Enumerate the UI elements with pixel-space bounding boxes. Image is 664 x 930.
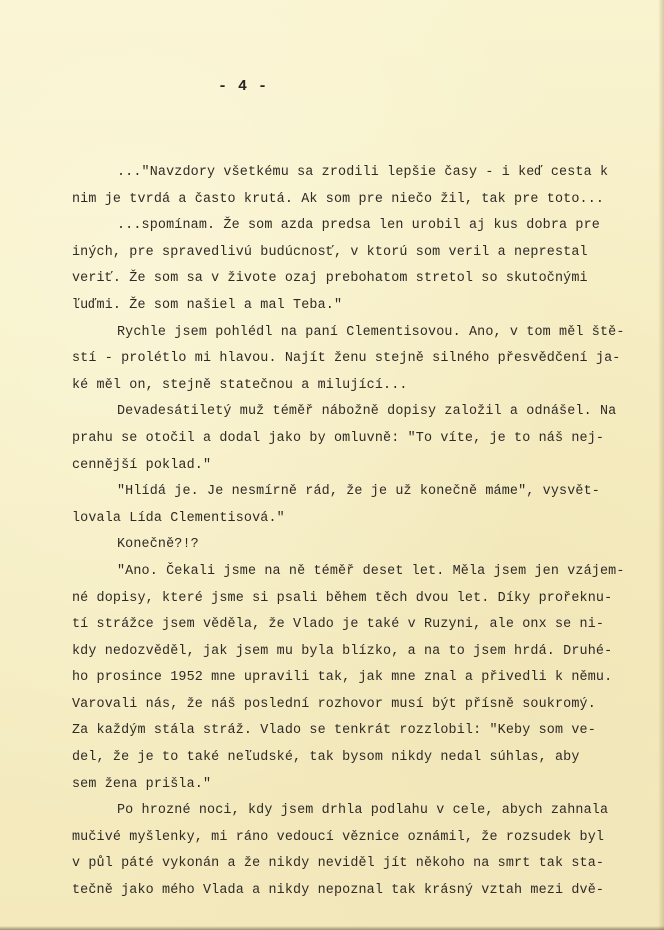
text-line: stí - prolétlo mi hlavou. Najít ženu ste… bbox=[72, 346, 642, 373]
body-text: ..."Navzdory všetkému sa zrodili lepšie … bbox=[72, 160, 642, 905]
text-line: ...spomínam. Že som azda predsa len urob… bbox=[72, 213, 642, 240]
text-line: sem žena prišla." bbox=[72, 772, 642, 799]
page-number: - 4 - bbox=[218, 78, 268, 95]
text-line: ké měl on, stejně statečnou a milující..… bbox=[72, 373, 642, 400]
text-line: del, že je to také neľudské, tak bysom n… bbox=[72, 745, 642, 772]
text-line: Po hrozné noci, kdy jsem drhla podlahu v… bbox=[72, 798, 642, 825]
text-line: kdy nedozvěděl, jak jsem mu byla blízko,… bbox=[72, 639, 642, 666]
text-line: Konečně?!? bbox=[72, 532, 642, 559]
text-line: Varovali nás, že náš poslední rozhovor m… bbox=[72, 692, 642, 719]
text-line: Rychle jsem pohlédl na paní Clementisovo… bbox=[72, 320, 642, 347]
text-line: lovala Lída Clementisová." bbox=[72, 506, 642, 533]
text-line: prahu se otočil a dodal jako by omluvně:… bbox=[72, 426, 642, 453]
text-line: mučivé myšlenky, mi ráno vedoucí věznice… bbox=[72, 825, 642, 852]
text-line: Za každým stála stráž. Vlado se tenkrát … bbox=[72, 718, 642, 745]
text-line: nim je tvrdá a často krutá. Ak som pre n… bbox=[72, 187, 642, 214]
text-line: tí strážce jsem věděla, že Vlado je také… bbox=[72, 612, 642, 639]
text-line: ..."Navzdory všetkému sa zrodili lepšie … bbox=[72, 160, 642, 187]
text-line: "Ano. Čekali jsme na ně téměř deset let.… bbox=[72, 559, 642, 586]
text-line: veriť. Že som sa v živote ozaj prebohato… bbox=[72, 266, 642, 293]
text-line: ľuďmi. Že som našiel a mal Teba." bbox=[72, 293, 642, 320]
paper-edge-bottom bbox=[0, 926, 664, 930]
text-line: "Hlídá je. Je nesmírně rád, že je už kon… bbox=[72, 479, 642, 506]
paper-edge-right bbox=[658, 0, 664, 930]
text-line: ho prosince 1952 mne upravili tak, jak m… bbox=[72, 665, 642, 692]
text-line: cennější poklad." bbox=[72, 453, 642, 480]
text-line: Devadesátiletý muž téměř nábožně dopisy … bbox=[72, 399, 642, 426]
text-line: iných, pre spravedlivú budúcnosť, v ktor… bbox=[72, 240, 642, 267]
text-line: né dopisy, které jsme si psali během těc… bbox=[72, 586, 642, 613]
typewritten-page: - 4 - ..."Navzdory všetkému sa zrodili l… bbox=[0, 0, 664, 930]
text-line: v půl páté vykonán a že nikdy neviděl jí… bbox=[72, 851, 642, 878]
text-line: tečně jako mého Vlada a nikdy nepoznal t… bbox=[72, 878, 642, 905]
